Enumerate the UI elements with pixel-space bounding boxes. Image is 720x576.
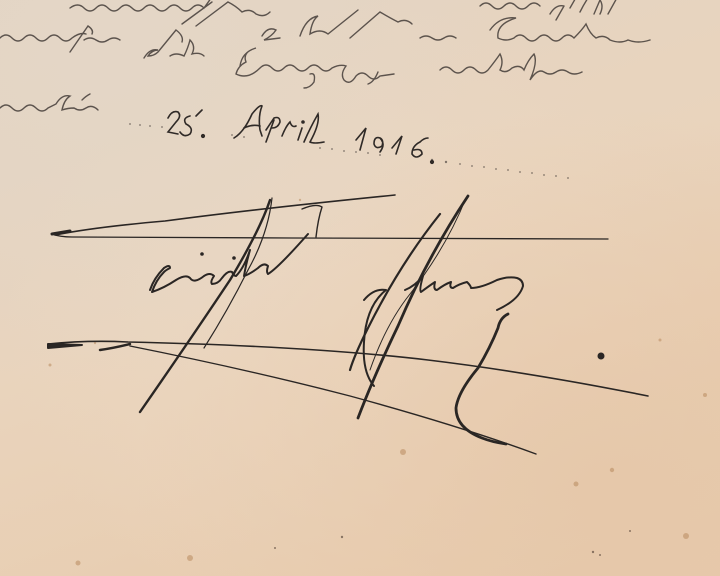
signature-period-dot	[598, 353, 605, 360]
document-photo: …verdienstkreuz 2. Klasse in Grundlage ……	[0, 0, 720, 576]
signature	[0, 0, 720, 576]
